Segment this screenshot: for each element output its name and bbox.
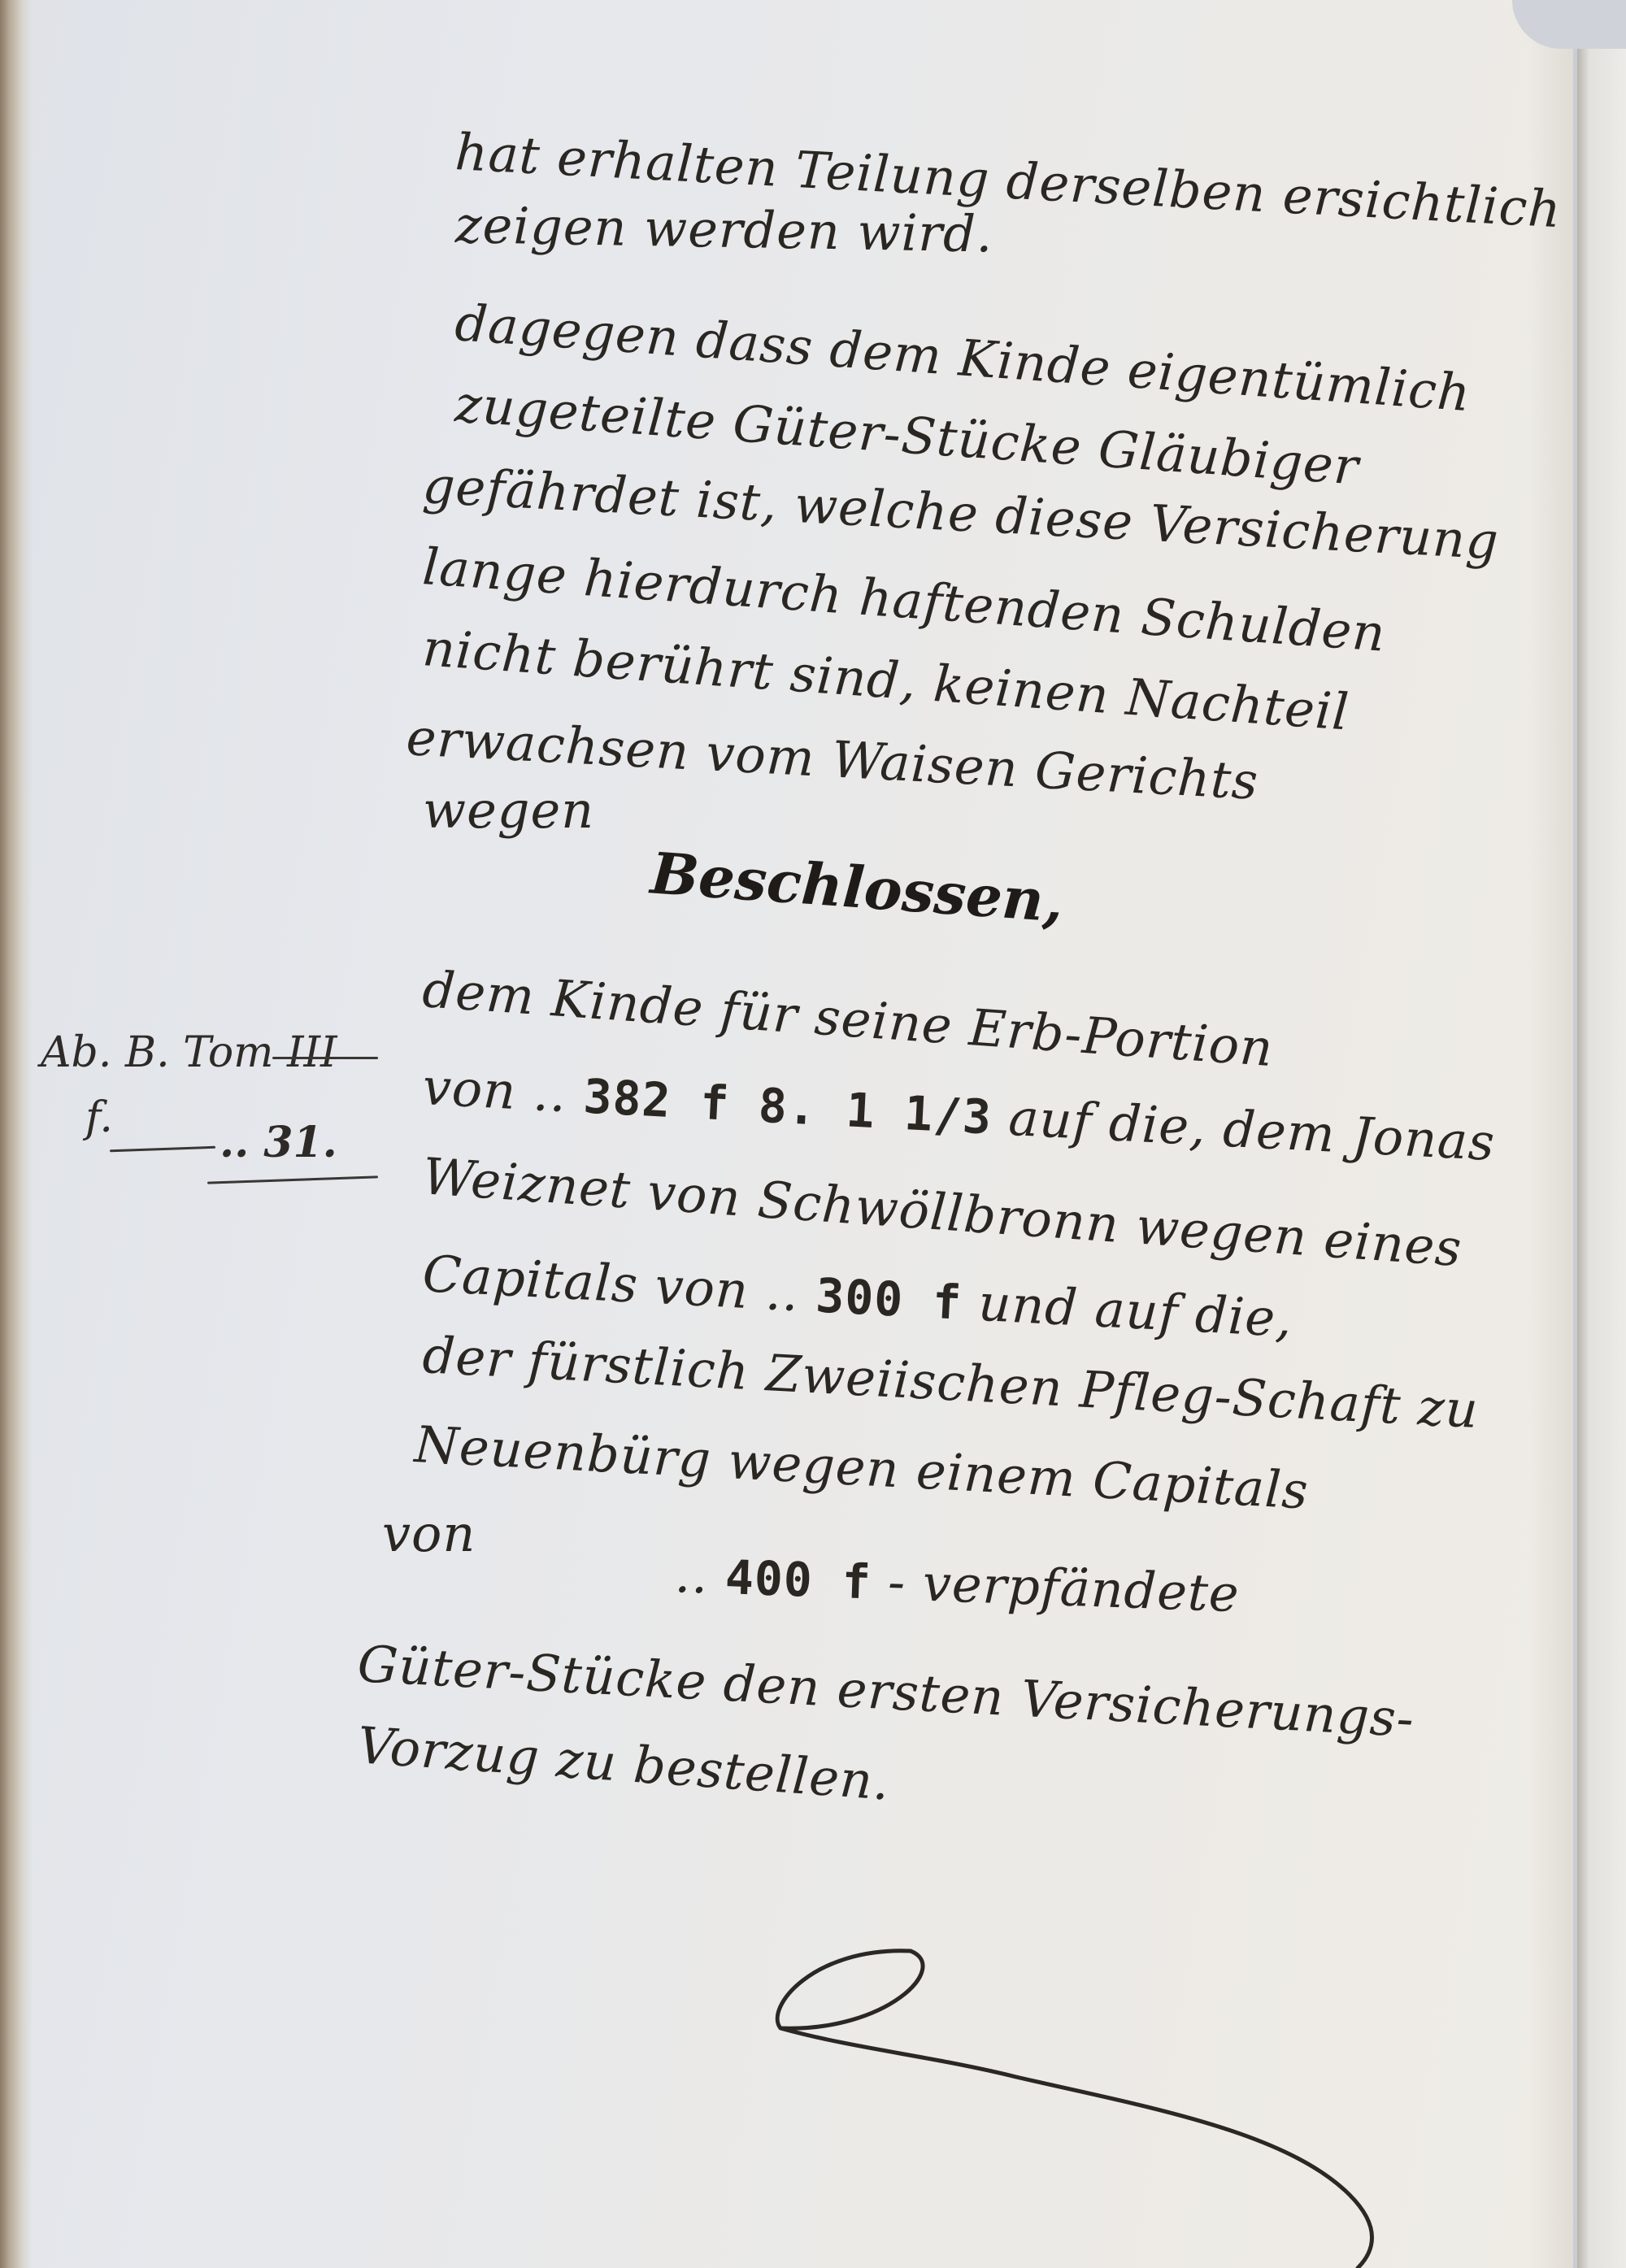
adjacent-page-edge — [1577, 49, 1626, 2268]
closing-flourish-icon — [0, 0, 1573, 2268]
manuscript-page: hat erhalten Teilung derselben ersichtli… — [0, 0, 1573, 2268]
